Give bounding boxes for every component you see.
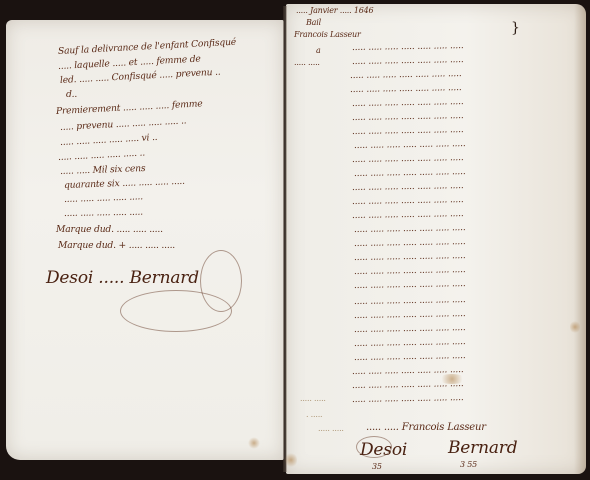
faint-margin-note: . ..... bbox=[306, 410, 322, 419]
text-line: ..... ..... ..... ..... ..... ..... ....… bbox=[352, 110, 464, 123]
signature-flourish bbox=[356, 436, 392, 458]
paper-stain bbox=[438, 374, 466, 384]
page-number: 3 55 bbox=[460, 460, 477, 469]
text-line: ..... ..... ..... ..... ..... ..... ....… bbox=[354, 250, 466, 263]
faint-margin-note: ..... ..... bbox=[318, 424, 344, 433]
paper-stain bbox=[285, 452, 297, 468]
text-line: ..... ..... ..... ..... ..... ..... ....… bbox=[354, 222, 466, 235]
text-line: ..... ..... ..... ..... ..... ..... ....… bbox=[354, 138, 466, 151]
text-line: ..... ..... ..... ..... ..... ..... ....… bbox=[354, 236, 466, 249]
text-line: ..... ..... ..... ..... ..... ..... ....… bbox=[354, 294, 466, 307]
text-line: ..... ..... ..... ..... ..... bbox=[64, 207, 143, 219]
mark-line: Marque dud. + ..... ..... ..... bbox=[58, 240, 175, 251]
faint-margin-note: ..... ..... bbox=[300, 394, 326, 403]
text-line: ..... ..... ..... ..... ..... ..... ....… bbox=[350, 68, 462, 81]
text-line: ..... ..... ..... ..... ..... ..... ....… bbox=[352, 152, 464, 165]
text-line: ..... ..... ..... ..... ..... ..... ....… bbox=[354, 350, 466, 363]
margin-line: ..... Janvier ..... 1646 bbox=[296, 6, 373, 15]
margin-line: ..... ..... bbox=[294, 58, 320, 67]
page-number: 35 bbox=[372, 462, 382, 471]
text-line: d.. bbox=[66, 89, 77, 100]
text-line: ..... ..... ..... ..... ..... ..... ....… bbox=[352, 392, 464, 405]
right-signature: Bernard bbox=[448, 438, 517, 458]
signature-line: ..... ..... Francois Lasseur bbox=[366, 422, 486, 433]
book-gutter bbox=[283, 6, 287, 472]
text-line: ..... ..... ..... ..... ..... ..... ....… bbox=[354, 308, 466, 321]
text-line: ..... ..... ..... ..... ..... ..... ....… bbox=[354, 278, 466, 291]
text-line: ..... ..... ..... ..... ..... ..... ....… bbox=[352, 194, 464, 207]
text-line: ..... ..... ..... ..... ..... ..... ....… bbox=[352, 40, 464, 53]
margin-line: a bbox=[316, 46, 321, 55]
left-signature: Desoi ..... Bernard bbox=[46, 268, 199, 288]
text-line: ..... ..... ..... ..... ..... ..... ....… bbox=[352, 54, 464, 67]
text-line: ..... ..... ..... ..... ..... ..... ....… bbox=[354, 264, 466, 277]
text-line: ..... ..... ..... ..... ..... ..... ....… bbox=[354, 336, 466, 349]
margin-line: Francois Lasseur bbox=[294, 30, 361, 39]
paper-stain bbox=[570, 320, 580, 334]
signature-flourish bbox=[200, 250, 242, 312]
text-line: ..... ..... ..... ..... ..... ..... ....… bbox=[354, 166, 466, 179]
ink-mark: } bbox=[511, 20, 520, 36]
paper-stain bbox=[248, 437, 260, 449]
text-line: ..... ..... ..... ..... ..... ..... ....… bbox=[352, 208, 464, 221]
margin-line: Bail bbox=[306, 18, 321, 27]
text-line: ..... ..... ..... ..... ..... ..... ....… bbox=[352, 180, 464, 193]
text-line: ..... ..... ..... ..... ..... ..... ....… bbox=[352, 124, 464, 137]
mark-line: Marque dud. ..... ..... ..... bbox=[56, 224, 163, 235]
text-line: ..... ..... ..... ..... ..... ..... ....… bbox=[350, 82, 462, 95]
text-line: ..... ..... ..... ..... ..... ..... ....… bbox=[352, 96, 464, 109]
text-line: ..... ..... ..... ..... ..... ..... ....… bbox=[354, 322, 466, 335]
